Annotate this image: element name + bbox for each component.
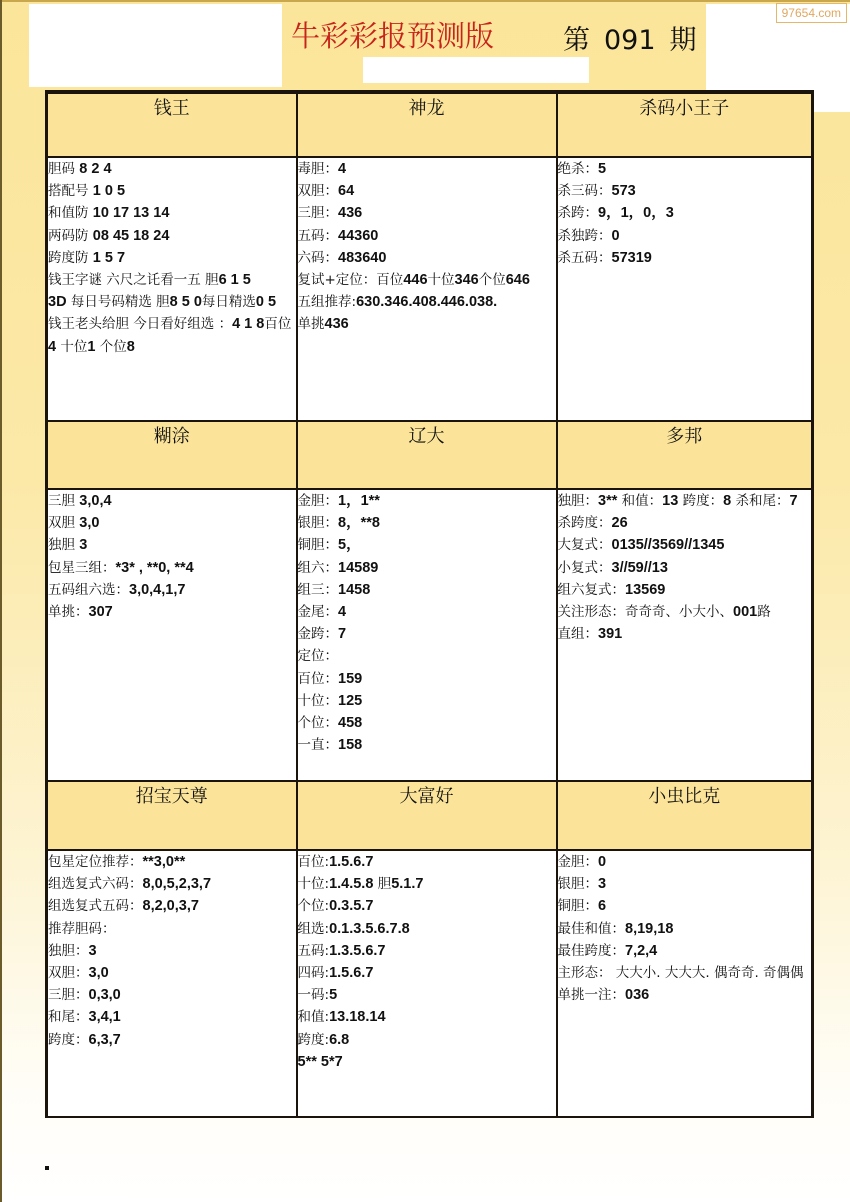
line-label: 组选复式五码： — [48, 898, 143, 914]
line-label: 独胆 — [48, 537, 79, 553]
prediction-line: 六码：483640 — [298, 247, 556, 269]
prediction-line: 定位： — [298, 645, 556, 667]
prediction-line: 绝杀：5 — [558, 158, 812, 180]
prediction-line: 杀五码：57319 — [558, 247, 812, 269]
page-top-border — [0, 0, 850, 2]
line-label: 跨度： — [678, 493, 723, 509]
line-label: 胆码 — [48, 161, 79, 177]
line-value: 6.8 — [329, 1032, 349, 1048]
line-label: 杀和尾： — [731, 493, 789, 509]
line-label: 十位: — [298, 876, 330, 892]
section-body: 金胆：1，1**银胆：8，**8铜胆：5，组六：14589组三：1458金尾：4… — [297, 489, 557, 781]
line-value: 4 — [338, 604, 346, 620]
body-row-2: 三胆 3,0,4双胆 3,0独胆 3包星三组：*3* , **0, **4五码组… — [47, 489, 813, 781]
section-title: 辽大 — [297, 421, 557, 489]
line-value: *3* , **0, **4 — [116, 560, 194, 576]
issue-prefix: 第 — [563, 25, 590, 56]
section-title: 大富好 — [297, 781, 557, 850]
prediction-line: 包星三组：*3* , **0, **4 — [48, 557, 296, 579]
prediction-line: 金胆：1，1** — [298, 490, 556, 512]
header-row-1: 钱王 神龙 杀码小王子 — [47, 92, 813, 157]
section-body: 金胆：0银胆：3铜胆：6最佳和值：8,19,18最佳跨度：7,2,4主形态： 大… — [557, 850, 813, 1117]
line-value: 8 5 0 — [170, 294, 202, 310]
line-label: 复试+定位：百位 — [298, 272, 404, 288]
line-label: 推荐胆码： — [48, 921, 116, 937]
line-label: 金尾： — [298, 604, 339, 620]
section-title: 小虫比克 — [557, 781, 813, 850]
issue-value: 091 — [604, 25, 656, 56]
line-label: 两码防 — [48, 228, 93, 244]
blank-area-left — [29, 4, 282, 87]
line-value: 6 1 5 — [219, 272, 251, 288]
prediction-line: 独胆：3 — [48, 940, 296, 962]
prediction-line: 单挑：307 — [48, 601, 296, 623]
prediction-line: 五码：44360 — [298, 225, 556, 247]
line-value: 4 1 8 — [232, 316, 264, 332]
line-value: 630.346.408.446.038. — [356, 294, 497, 310]
line-label: 杀五码： — [558, 250, 612, 266]
line-label: 六码： — [298, 250, 339, 266]
prediction-line: 三胆：436 — [298, 202, 556, 224]
line-value: 1 5 7 — [93, 250, 125, 266]
line-label: 钱王字谜 六尺之讬看一五 胆 — [48, 272, 219, 288]
prediction-line: 推荐胆码： — [48, 918, 296, 940]
section-body: 绝杀：5杀三码：573杀跨：9，1，0，3杀独跨：0杀五码：57319 — [557, 157, 813, 421]
line-value: 307 — [89, 604, 113, 620]
line-value: 1.5.6.7 — [329, 965, 373, 981]
line-label: 单挑 — [298, 316, 325, 332]
prediction-line: 5** 5*7 — [298, 1051, 556, 1073]
prediction-line: 跨度：6,3,7 — [48, 1029, 296, 1051]
line-label: 个位 — [95, 339, 126, 355]
prediction-line: 单挑436 — [298, 313, 556, 335]
line-value: 3,0 — [89, 965, 109, 981]
line-value: 9，1，0，3 — [598, 205, 674, 221]
line-label: 百位： — [298, 671, 339, 687]
prediction-line: 杀跨：9，1，0，3 — [558, 202, 812, 224]
prediction-line: 跨度:6.8 — [298, 1029, 556, 1051]
line-label: 金跨： — [298, 626, 339, 642]
line-label: 绝杀： — [558, 161, 599, 177]
line-value: 5 — [598, 161, 606, 177]
prediction-line: 一直：158 — [298, 734, 556, 756]
line-value: 1.5.6.7 — [329, 854, 373, 870]
prediction-line: 五码组六选：3,0,4,1,7 — [48, 579, 296, 601]
prediction-line: 五组推荐:630.346.408.446.038. — [298, 291, 556, 313]
prediction-line: 组三：1458 — [298, 579, 556, 601]
line-value: 0 — [612, 228, 620, 244]
line-value: 436 — [338, 205, 362, 221]
line-value: 1.3.5.6.7 — [329, 943, 385, 959]
line-label: 个位: — [298, 898, 330, 914]
line-label: 三胆： — [298, 205, 339, 221]
line-value: 1，1** — [338, 493, 380, 509]
prediction-line: 独胆：3** 和值：13 跨度：8 杀和尾：7 杀跨度：26 — [558, 490, 812, 534]
line-value: 0.3.5.7 — [329, 898, 373, 914]
prediction-line: 主形态： 大大小. 大大大. 偶奇奇. 奇偶偶 — [558, 962, 812, 984]
line-value: 08 45 18 24 — [93, 228, 170, 244]
line-label: 组六： — [298, 560, 339, 576]
line-value: 391 — [598, 626, 622, 642]
line-value: 573 — [612, 183, 636, 199]
line-value: 4 — [48, 339, 56, 355]
line-value: 158 — [338, 737, 362, 753]
page-title: 牛彩彩报预测版 — [291, 14, 494, 55]
line-value: 1 0 5 — [93, 183, 125, 199]
prediction-table: 钱王 神龙 杀码小王子 胆码 8 2 4搭配号 1 0 5和值防 10 17 1… — [45, 90, 814, 1118]
line-value: 44360 — [338, 228, 378, 244]
line-label: 五组推荐: — [298, 294, 357, 310]
line-label: 四码: — [298, 965, 330, 981]
prediction-line: 金胆：0 — [558, 851, 812, 873]
line-label: 和值： — [617, 493, 662, 509]
line-value: 0 5 — [256, 294, 276, 310]
line-label: 双胆： — [48, 965, 89, 981]
line-value: 5.1.7 — [391, 876, 423, 892]
line-label: 双胆： — [298, 183, 339, 199]
line-value: 8 — [723, 493, 731, 509]
line-label: 最佳跨度： — [558, 943, 626, 959]
header-row-2: 糊涂 辽大 多邦 — [47, 421, 813, 489]
line-value: 001 — [733, 604, 757, 620]
line-label: 个位 — [479, 272, 506, 288]
prediction-line: 两码防 08 45 18 24 — [48, 225, 296, 247]
prediction-line: 银胆：3 — [558, 873, 812, 895]
prediction-line: 百位：159 — [298, 668, 556, 690]
prediction-line: 三胆：0,3,0 — [48, 984, 296, 1006]
prediction-line: 毒胆：4 — [298, 158, 556, 180]
prediction-line: 双胆：3,0 — [48, 962, 296, 984]
prediction-line: 十位：125 — [298, 690, 556, 712]
line-label: 路 — [757, 604, 771, 620]
prediction-line: 组六复式：13569 — [558, 579, 812, 601]
prediction-line: 金跨：7 — [298, 623, 556, 645]
line-label: 定位： — [298, 648, 339, 664]
line-label: 单挑： — [48, 604, 89, 620]
blank-area-mid — [363, 57, 589, 83]
line-label: 金胆： — [298, 493, 339, 509]
line-value: 3,0 — [79, 515, 99, 531]
line-label: 三胆 — [48, 493, 79, 509]
line-value: 13 — [662, 493, 678, 509]
body-row-1: 胆码 8 2 4搭配号 1 0 5和值防 10 17 13 14两码防 08 4… — [47, 157, 813, 421]
line-label: 和值防 — [48, 205, 93, 221]
prediction-line: 关注形态：奇奇奇、小大小、001路 — [558, 601, 812, 623]
prediction-line: 钱王字谜 六尺之讬看一五 胆6 1 5 — [48, 269, 296, 291]
section-body: 百位:1.5.6.7十位:1.4.5.8 胆5.1.7个位:0.3.5.7组选:… — [297, 850, 557, 1117]
line-label: 杀独跨： — [558, 228, 612, 244]
section-body: 独胆：3** 和值：13 跨度：8 杀和尾：7 杀跨度：26大复式：0135//… — [557, 489, 813, 781]
prediction-line: 个位：458 — [298, 712, 556, 734]
line-label: 金胆： — [558, 854, 599, 870]
prediction-line: 直组：391 — [558, 623, 812, 645]
line-value: 646 — [506, 272, 530, 288]
line-value: 0135//3569//1345 — [612, 537, 725, 553]
line-label: 杀跨： — [558, 205, 599, 221]
prediction-line: 和尾：3,4,1 — [48, 1006, 296, 1028]
line-value: 458 — [338, 715, 362, 731]
line-value: 1458 — [338, 582, 370, 598]
line-label: 百位: — [298, 854, 330, 870]
line-value: 6 — [598, 898, 606, 914]
line-label: 一直： — [298, 737, 339, 753]
line-label: 三胆： — [48, 987, 89, 1003]
section-title: 多邦 — [557, 421, 813, 489]
line-label: 五码: — [298, 943, 330, 959]
line-label: 跨度: — [298, 1032, 330, 1048]
line-label: 杀跨度： — [558, 515, 612, 531]
section-title: 钱王 — [47, 92, 297, 157]
line-label: 组选复式六码： — [48, 876, 143, 892]
prediction-line: 一码:5 — [298, 984, 556, 1006]
line-label: 毒胆： — [298, 161, 339, 177]
line-label: 五码组六选： — [48, 582, 129, 598]
prediction-line: 胆码 8 2 4 — [48, 158, 296, 180]
line-label: 和尾： — [48, 1009, 89, 1025]
line-label: 五码： — [298, 228, 339, 244]
line-value: 7 — [789, 493, 797, 509]
line-value: 4 — [338, 161, 346, 177]
line-value: 13.18.14 — [329, 1009, 385, 1025]
line-value: 1.4.5.8 — [329, 876, 373, 892]
line-value: 483640 — [338, 250, 386, 266]
header-row-3: 招宝天尊 大富好 小虫比克 — [47, 781, 813, 850]
line-value: 436 — [325, 316, 349, 332]
line-label: 十位 — [56, 339, 87, 355]
line-label: 十位： — [298, 693, 339, 709]
line-value: 3** — [598, 493, 617, 509]
section-title: 招宝天尊 — [47, 781, 297, 850]
prediction-line: 金尾：4 — [298, 601, 556, 623]
line-label: 最佳和值： — [558, 921, 626, 937]
line-value: 0.1.3.5.6.7.8 — [329, 921, 410, 937]
prediction-line: 组选复式五码：8,2,0,3,7 — [48, 895, 296, 917]
line-label: 单挑一注： — [558, 987, 626, 1003]
line-value: 6,3,7 — [89, 1032, 121, 1048]
line-value: 3,0,4 — [79, 493, 111, 509]
prediction-line: 钱王老头给胆 今日看好组选 ：4 1 8百位4 十位1 个位8 — [48, 313, 296, 357]
line-value: 7,2,4 — [625, 943, 657, 959]
prediction-line: 四码:1.5.6.7 — [298, 962, 556, 984]
line-label: 搭配号 — [48, 183, 93, 199]
prediction-line: 跨度防 1 5 7 — [48, 247, 296, 269]
prediction-line: 3D 每日号码精选 胆8 5 0每日精选0 5 — [48, 291, 296, 313]
line-label: 铜胆： — [558, 898, 599, 914]
prediction-line: 复试+定位：百位446十位346个位646 — [298, 269, 556, 291]
line-label: 跨度： — [48, 1032, 89, 1048]
line-value: 10 17 13 14 — [93, 205, 170, 221]
line-value: 036 — [625, 987, 649, 1003]
line-label: 组三： — [298, 582, 339, 598]
line-value: 0,3,0 — [89, 987, 121, 1003]
line-label: 铜胆： — [298, 537, 339, 553]
line-value: 3,4,1 — [89, 1009, 121, 1025]
line-value: 8,19,18 — [625, 921, 673, 937]
line-label: 独胆： — [558, 493, 599, 509]
prediction-line: 双胆 3,0 — [48, 512, 296, 534]
line-value: 3D — [48, 294, 67, 310]
prediction-line: 个位:0.3.5.7 — [298, 895, 556, 917]
line-label: 包星三组： — [48, 560, 116, 576]
prediction-line: 大复式：0135//3569//1345 — [558, 534, 812, 556]
line-label: 百位 — [264, 316, 291, 332]
line-label: 独胆： — [48, 943, 89, 959]
page-left-border — [0, 0, 2, 1202]
prediction-line: 独胆 3 — [48, 534, 296, 556]
section-title: 糊涂 — [47, 421, 297, 489]
line-value: 3,0,4,1,7 — [129, 582, 185, 598]
section-body: 包星定位推荐：**3,0**组选复式六码：8,0,5,2,3,7组选复式五码：8… — [47, 850, 297, 1117]
line-value: 0 — [598, 854, 606, 870]
line-value: 446 — [403, 272, 427, 288]
line-label: 个位： — [298, 715, 339, 731]
section-body: 毒胆：4双胆：64三胆：436五码：44360六码：483640复试+定位：百位… — [297, 157, 557, 421]
line-value: 26 — [612, 515, 628, 531]
line-label: 银胆： — [558, 876, 599, 892]
line-value: 5， — [338, 537, 361, 553]
prediction-line: 和值防 10 17 13 14 — [48, 202, 296, 224]
section-body: 三胆 3,0,4双胆 3,0独胆 3包星三组：*3* , **0, **4五码组… — [47, 489, 297, 781]
prediction-line: 搭配号 1 0 5 — [48, 180, 296, 202]
prediction-line: 包星定位推荐：**3,0** — [48, 851, 296, 873]
line-label: 杀三码： — [558, 183, 612, 199]
prediction-line: 铜胆：6 — [558, 895, 812, 917]
line-value: 5** 5*7 — [298, 1054, 343, 1070]
line-label: 双胆 — [48, 515, 79, 531]
line-label: 跨度防 — [48, 250, 93, 266]
line-value: 3 — [79, 537, 87, 553]
section-title: 杀码小王子 — [557, 92, 813, 157]
prediction-line: 组六：14589 — [298, 557, 556, 579]
line-label: 十位 — [428, 272, 455, 288]
line-value: 3 — [89, 943, 97, 959]
line-value: 5 — [329, 987, 337, 1003]
prediction-line: 组选:0.1.3.5.6.7.8 — [298, 918, 556, 940]
prediction-line: 杀独跨：0 — [558, 225, 812, 247]
prediction-line: 五码:1.3.5.6.7 — [298, 940, 556, 962]
line-value: 346 — [455, 272, 479, 288]
line-label: 大复式： — [558, 537, 612, 553]
line-label: 胆 — [373, 876, 391, 892]
line-label: 关注形态：奇奇奇、小大小、 — [558, 604, 734, 620]
line-value: 3 — [598, 876, 606, 892]
line-value: 125 — [338, 693, 362, 709]
prediction-line: 银胆：8，**8 — [298, 512, 556, 534]
prediction-line: 最佳跨度：7,2,4 — [558, 940, 812, 962]
line-value: 159 — [338, 671, 362, 687]
line-value: 8 2 4 — [79, 161, 111, 177]
prediction-line: 杀三码：573 — [558, 180, 812, 202]
line-value: 7 — [338, 626, 346, 642]
prediction-line: 百位:1.5.6.7 — [298, 851, 556, 873]
prediction-line: 和值:13.18.14 — [298, 1006, 556, 1028]
prediction-line: 单挑一注：036 — [558, 984, 812, 1006]
line-label: 每日精选 — [202, 294, 256, 310]
prediction-line: 组选复式六码：8,0,5,2,3,7 — [48, 873, 296, 895]
line-value: **3,0** — [143, 854, 186, 870]
line-label: 和值: — [298, 1009, 330, 1025]
section-title: 神龙 — [297, 92, 557, 157]
line-label: 银胆： — [298, 515, 339, 531]
section-body: 胆码 8 2 4搭配号 1 0 5和值防 10 17 13 14两码防 08 4… — [47, 157, 297, 421]
line-value: 8，**8 — [338, 515, 380, 531]
watermark-link[interactable]: 97654.com — [776, 3, 847, 23]
body-row-3: 包星定位推荐：**3,0**组选复式六码：8,0,5,2,3,7组选复式五码：8… — [47, 850, 813, 1117]
line-label: 组选: — [298, 921, 330, 937]
line-value: 3//59//13 — [612, 560, 668, 576]
line-value: 8 — [127, 339, 135, 355]
line-value: 8,0,5,2,3,7 — [143, 876, 212, 892]
line-label: 一码: — [298, 987, 330, 1003]
line-value: 14589 — [338, 560, 378, 576]
line-value: 8,2,0,3,7 — [143, 898, 199, 914]
line-label: 钱王老头给胆 今日看好组选 ： — [48, 316, 232, 332]
prediction-line: 铜胆：5， — [298, 534, 556, 556]
line-label: 包星定位推荐： — [48, 854, 143, 870]
prediction-line: 最佳和值：8,19,18 — [558, 918, 812, 940]
line-label: 组六复式： — [558, 582, 626, 598]
corner-mark — [45, 1166, 49, 1170]
line-value: 13569 — [625, 582, 665, 598]
prediction-line: 小复式：3//59//13 — [558, 557, 812, 579]
line-label: 每日号码精选 胆 — [67, 294, 170, 310]
prediction-line: 十位:1.4.5.8 胆5.1.7 — [298, 873, 556, 895]
issue-suffix: 期 — [670, 25, 697, 56]
line-label: 小复式： — [558, 560, 612, 576]
prediction-line: 双胆：64 — [298, 180, 556, 202]
issue-number: 第091期 — [556, 18, 704, 57]
line-label: 主形态： 大大小. 大大大. 偶奇奇. 奇偶偶 — [558, 965, 804, 981]
line-label: 直组： — [558, 626, 599, 642]
line-value: 64 — [338, 183, 354, 199]
line-value: 57319 — [612, 250, 652, 266]
prediction-line: 三胆 3,0,4 — [48, 490, 296, 512]
